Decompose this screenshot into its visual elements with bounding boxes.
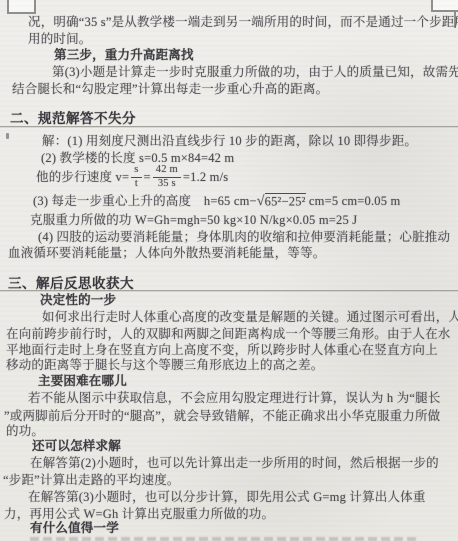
formula-prefix: (3) 每走一步重心上升的高度 h=65 cm− <box>33 194 257 208</box>
fraction: st <box>131 164 141 189</box>
equals-sign: = <box>144 169 151 185</box>
fraction-numerator: 42 m <box>153 164 181 177</box>
subheading-main-difficulty: 主要困难在哪儿 <box>38 373 127 389</box>
body-line: 若不能从图示中获取信息，不会应用勾股定理进行计算，误认为 h 为“腿长 <box>28 390 441 406</box>
section-heading-2: 二、规范解答不失分 <box>10 111 136 127</box>
cutoff-text-line <box>30 537 420 541</box>
body-line: 在向前跨步前行时，人的双脚和两脚之间距离构成一个等腰三角形。由于人在水 <box>6 326 451 342</box>
body-line: 用的时间。 <box>28 31 92 47</box>
body-line: “步距”计算出走路的平均速度。 <box>3 472 180 488</box>
fraction-denominator: 35 s <box>155 178 179 190</box>
body-line: 的功。 <box>6 423 44 439</box>
body-line: ”或两脚前后分开时的“腿高”，就会导致错解，不能正确求出小华克服重力所做 <box>4 408 440 424</box>
solution-line-1: 解：(1) 用刻度尺测出沿直线步行 10 步的距离，除以 10 即得步距。 <box>42 133 417 149</box>
subheading-decisive-step: 决定性的一步 <box>40 292 116 308</box>
formula-result: =1.2 m/s <box>183 169 228 185</box>
body-line: 如何求出行走时人体重心高度的改变量是解题的关键。通过图示可看出，人 <box>42 309 458 325</box>
section-rule <box>0 290 458 291</box>
body-line: 况，明确“35 s”是从教学楼一端走到另一端所用的时间，而不是通过一个步距所 <box>28 14 458 30</box>
scan-corner-artifact-right <box>431 0 458 12</box>
sqrt-radicand: 65²−25² <box>265 193 306 209</box>
subheading-worth-learning: 有什么值得一学 <box>30 520 119 536</box>
solution-line-4: (4) 四肢的运动要消耗能量；身体肌肉的收缩和拉伸要消耗能量；心脏推动 <box>38 229 450 245</box>
fraction: 42 m35 s <box>153 164 181 189</box>
fraction-numerator: s <box>131 164 141 177</box>
fraction-denominator: t <box>132 178 141 190</box>
solution-line-3: (3) 每走一步重心上升的高度 h=65 cm−√65²−25² cm=5 cm… <box>33 193 400 210</box>
formula-suffix: cm=5 cm=0.05 m <box>306 194 401 208</box>
body-line: 平地面行走时上身在竖直方向上高度不变，所以跨步时人体重心在竖直方向上 <box>6 342 438 358</box>
body-line: 在解答第(2)小题时，也可以先计算出走一步所用的时间，然后根据一步的 <box>30 455 439 471</box>
body-line: 结合腿长和“勾股定理”计算出每走一步重心升高的距离。 <box>12 81 328 97</box>
scanned-document-page: 况，明确“35 s”是从教学楼一端走到另一端所用的时间，而不是通过一个步距所 用… <box>0 0 458 541</box>
body-line: 在解答第(3)小题时，也可以分步计算，即先用公式 G=mg 计算出人体重 <box>28 489 426 505</box>
body-line: 第(3)小题是计算走一步时克服重力所做的功，由于人的质量已知，故需先 <box>52 64 458 80</box>
body-line: 移动的距离等于腿长与这个等腰三角形底边上的高之差。 <box>6 357 324 373</box>
velocity-formula: 他的步行速度 v=st=42 m35 s=1.2 m/s <box>36 163 228 191</box>
formula-label: 他的步行速度 v= <box>36 169 129 185</box>
subheading-step3: 第三步，重力升高距离找 <box>54 47 194 63</box>
sqrt-icon: √ <box>257 194 265 209</box>
work-formula-line: 克服重力所做的功 W=Gh=mgh=50 kg×10 N/kg×0.05 m=2… <box>30 212 357 228</box>
scan-corner-artifact-left <box>7 0 36 14</box>
scan-speck <box>6 133 9 139</box>
body-line: 血液循环要消耗能量；人体向外散热要消耗能量，等等。 <box>8 245 326 261</box>
section-rule <box>0 126 458 127</box>
subheading-alternative-solution: 还可以怎样求解 <box>32 438 121 454</box>
